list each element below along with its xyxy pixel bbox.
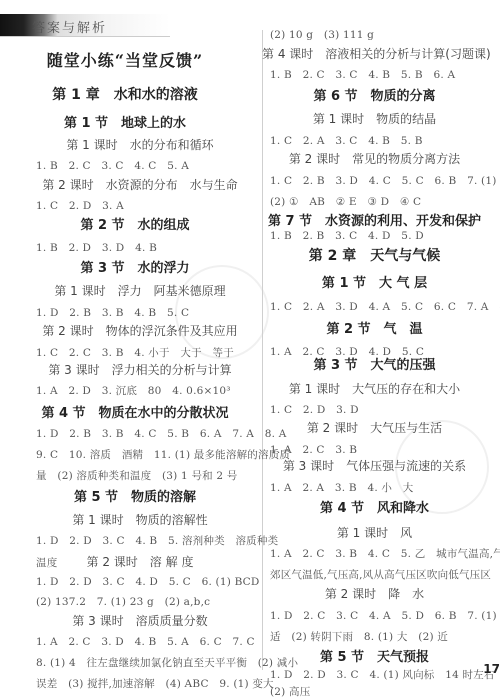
lesson-heading: 第 3 课时 浮力相关的分析与计算: [0, 361, 250, 378]
answer-line: 误差 (3) 搅拌,加速溶解 (4) ABC 9. (1) 变大: [36, 676, 274, 691]
section-heading: 第 1 节 大 气 层: [262, 272, 487, 291]
lesson-heading: 第 2 课时 水资源的分布 水与生命: [0, 176, 250, 193]
lesson-heading: 第 2 课时 常见的物质分离方法: [262, 150, 487, 167]
answer-line: 1. C 2. D 3. D: [270, 402, 359, 417]
section-heading: 第 3 节 水的浮力: [0, 257, 250, 276]
answer-line: 1. D 2. D 3. C 4. (1) 风向标 14 时左右: [270, 667, 495, 682]
answer-line: 适 (2) 转阴下雨 8. (1) 大 (2) 近: [270, 629, 448, 644]
answer-line: 1. A 2. A 3. B 4. 小 大: [270, 480, 414, 495]
answer-line: 1. B 2. C 3. C 4. C 5. A: [36, 158, 189, 173]
answer-line: (2) 137.2 7. (1) 23 g (2) a,b,c: [36, 594, 210, 609]
answer-line: 量 (2) 溶质种类和温度 (3) 1 号和 2 号: [36, 468, 238, 483]
lesson-heading: 第 2 课时 大气压与生活: [262, 419, 487, 436]
answer-line: 1. D 2. D 3. C 4. B 5. 溶剂种类 溶质种类: [36, 533, 278, 548]
section-heading: 第 4 节 风和降水: [262, 497, 487, 516]
lesson-heading: 第 1 课时 风: [262, 524, 487, 541]
answer-line: 1. D 2. B 3. B 4. B 5. C: [36, 305, 189, 320]
section-heading: 第 3 节 大气的压强: [262, 354, 487, 373]
answer-line: 1. B 2. B 3. C 4. D 5. D: [270, 228, 424, 243]
answer-line: (2) ① AB ② E ③ D ④ C: [270, 194, 421, 209]
answer-line: 1. C 2. C 3. B 4. 小于 大于 等于: [36, 345, 234, 360]
answer-line: 1. A 2. C 3. D 4. B 5. A 6. C 7. C: [36, 634, 255, 649]
header-label: 答案与解析: [32, 17, 107, 36]
answer-line: 1. A 2. C 3. B: [270, 442, 357, 457]
lesson-heading: 第 1 课时 物质的溶解性: [0, 511, 250, 528]
answer-line: 8. (1) 4 往左盘继续加氯化钠直至天平平衡 (2) 减小: [36, 655, 298, 670]
section-heading: 第 2 节 气 温: [262, 318, 487, 337]
chapter-heading: 第 1 章 水和水的溶液: [0, 84, 250, 104]
lesson-heading: 第 2 课时 物体的浮沉条件及其应用: [0, 322, 250, 339]
page-number: 17: [483, 662, 500, 676]
lesson-heading: 第 1 课时 浮力 阿基米德原理: [0, 282, 250, 299]
section-heading: 第 7 节 水资源的利用、开发和保护: [262, 210, 487, 229]
answer-line: (2) 10 g (3) 111 g: [270, 27, 374, 42]
lesson-heading: 第 3 课时 气体压强与流速的关系: [262, 457, 487, 474]
answer-line: 1. B 2. D 3. D 4. B: [36, 240, 157, 255]
lesson-heading: 第 2 课时 降 水: [262, 585, 487, 602]
answer-line: 1. C 2. B 3. D 4. C 5. C 6. B 7. (1) ①: [270, 173, 500, 188]
page-title: 随堂小练“当堂反馈”: [0, 48, 250, 71]
answer-line: 1. D 2. D 3. C 4. D 5. C 6. (1) BCD: [36, 574, 260, 589]
answer-line: 1. C 2. A 3. C 4. B 5. B: [270, 133, 423, 148]
answer-line: 1. C 2. D 3. A: [36, 198, 124, 213]
lesson-heading: 第 1 课时 大气压的存在和大小: [262, 380, 487, 397]
lesson-heading: 第 1 课时 物质的结晶: [262, 110, 487, 127]
section-heading: 第 4 节 物质在水中的分散状况: [0, 402, 250, 421]
answer-line: 郊区气温低,气压高,风从高气压区吹向低气压区: [270, 567, 491, 582]
answer-line: 1. C 2. A 3. D 4. A 5. C 6. C 7. A 8. C: [270, 299, 500, 314]
answer-line: 1. A 2. C 3. B 4. C 5. 乙 城市气温高,气压低,: [270, 546, 500, 561]
answer-line: 1. D 2. C 3. C 4. A 5. D 6. B 7. (1) 越不舒: [270, 608, 500, 623]
page-header-bar: 答案与解析: [0, 14, 170, 36]
lesson-heading: 第 3 课时 溶质质量分数: [0, 612, 250, 629]
answer-line: 1. A 2. D 3. 沉底 80 4. 0.6×10³: [36, 383, 231, 398]
lesson-heading: 第 1 课时 水的分布和循环: [0, 136, 250, 153]
lesson-heading: 第 2 课时 溶 解 度: [0, 553, 250, 570]
chapter-heading: 第 2 章 天气与气候: [262, 245, 487, 265]
lesson-heading: 第 4 课时 溶液相关的分析与计算(习题课): [262, 45, 487, 62]
answer-line: (2) 高压: [270, 684, 310, 698]
answer-line: 9. C 10. 溶质 酒精 11. (1) 最多能溶解的溶质质: [36, 447, 290, 462]
section-heading: 第 2 节 水的组成: [0, 214, 250, 233]
answer-line: 1. B 2. C 3. C 4. B 5. B 6. A: [270, 67, 455, 82]
section-heading: 第 5 节 天气预报: [262, 646, 487, 665]
section-heading: 第 6 节 物质的分离: [262, 85, 487, 104]
section-heading: 第 5 节 物质的溶解: [0, 486, 250, 505]
answer-line: 1. D 2. B 3. B 4. C 5. B 6. A 7. A 8. A: [36, 426, 287, 441]
header-rule: [0, 36, 170, 37]
section-heading: 第 1 节 地球上的水: [0, 112, 250, 131]
